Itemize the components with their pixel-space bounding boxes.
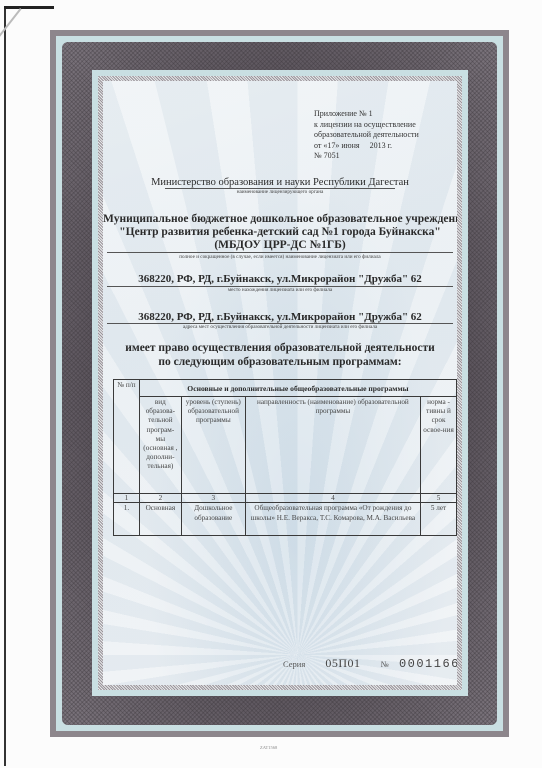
column-number: 2 bbox=[139, 494, 181, 503]
licensing-body-caption: наименование лицензирующего органа bbox=[103, 189, 457, 195]
series-label: Серия bbox=[283, 659, 305, 669]
row-number: 1. bbox=[114, 503, 140, 536]
underline bbox=[107, 252, 453, 253]
col-header-number: № п/п bbox=[114, 380, 140, 494]
series-code: 05П01 bbox=[325, 656, 360, 670]
col-group-header: Основные и дополнительные общеобразовате… bbox=[139, 380, 456, 397]
appendix-number: № 7051 bbox=[314, 151, 419, 162]
licensing-body-name: Министерство образования и науки Республ… bbox=[103, 177, 457, 188]
certificate-content-area: Приложение № 1 к лицензии на осуществлен… bbox=[103, 81, 457, 685]
column-number: 5 bbox=[421, 494, 457, 503]
appendix-title: Приложение № 1 bbox=[314, 109, 419, 120]
licensee-name-line2: "Центр развития ребенка-детский сад №1 г… bbox=[103, 226, 457, 239]
printer-mark: ZAT1568 bbox=[260, 745, 277, 750]
licensee-short-name: (МБДОУ ЦРР-ДС №1ГБ) bbox=[103, 239, 457, 252]
programs-table: № п/п Основные и дополнительные общеобра… bbox=[113, 379, 457, 536]
col-header-direction: направленность (наименование) образовате… bbox=[245, 397, 420, 494]
appendix-line: к лицензии на осуществление bbox=[314, 120, 419, 131]
col-header-level: уровень (ступень) образовательной програ… bbox=[181, 397, 245, 494]
location-caption: место нахождения лицензиата или его фили… bbox=[103, 287, 457, 293]
rights-statement-line1: имеет право осуществления образовательно… bbox=[103, 342, 457, 354]
program-level: Дошкольное образование bbox=[181, 503, 245, 536]
program-type: Основная bbox=[139, 503, 181, 536]
column-number-row: 1 2 3 4 5 bbox=[114, 494, 457, 503]
appendix-date: от «17» июня 2013 г. bbox=[314, 141, 419, 152]
column-number: 4 bbox=[245, 494, 420, 503]
location-address: 368220, РФ, РД, г.Буйнакск, ул.Микрорайо… bbox=[103, 273, 457, 285]
column-number: 3 bbox=[181, 494, 245, 503]
table-row: 1. Основная Дошкольное образование Общео… bbox=[114, 503, 457, 536]
licensee-name-line1: Муниципальное бюджетное дошкольное образ… bbox=[103, 213, 457, 226]
program-name: Общеобразовательная программа «От рожден… bbox=[245, 503, 420, 536]
activity-address: 368220, РФ, РД, г.Буйнакск, ул.Микрорайо… bbox=[103, 311, 457, 323]
scan-edge bbox=[4, 6, 6, 766]
appendix-line: образовательной деятельности bbox=[314, 130, 419, 141]
activity-address-caption: адреса мест осуществления образовательно… bbox=[103, 324, 457, 330]
document-body: Приложение № 1 к лицензии на осуществлен… bbox=[103, 81, 457, 685]
column-number: 1 bbox=[114, 494, 140, 503]
appendix-block: Приложение № 1 к лицензии на осуществлен… bbox=[314, 109, 419, 162]
rights-statement-line2: по следующим образовательным программам: bbox=[103, 356, 457, 368]
scan-corner-mark bbox=[4, 6, 54, 9]
series-block: Серия 05П01 № 0001166 bbox=[283, 656, 457, 671]
series-number: 0001166 bbox=[399, 657, 457, 671]
number-sign: № bbox=[381, 659, 389, 669]
licensee-caption: полное и сокращенное (в случае, если име… bbox=[103, 254, 457, 260]
col-header-type: вид образова-тельной програм-мы (основна… bbox=[139, 397, 181, 494]
program-term: 5 лет bbox=[421, 503, 457, 536]
col-header-term: норма - тивны й срок освое-ния bbox=[421, 397, 457, 494]
